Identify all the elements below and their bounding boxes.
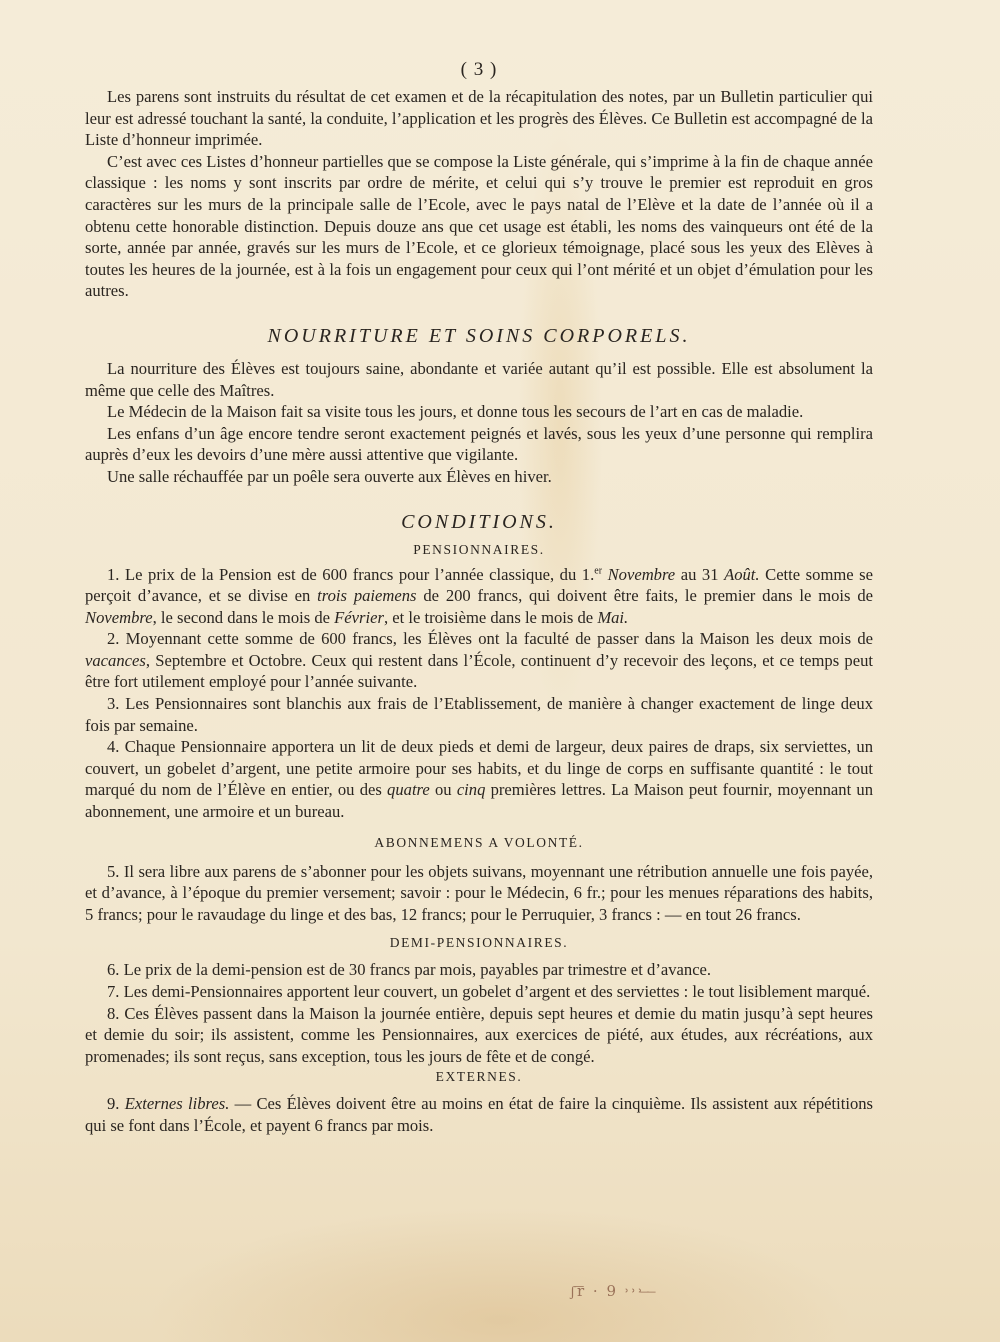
section-title-nourriture: NOURRITURE ET SOINS CORPORELS. [85,324,873,348]
subheading-pensionnaires: PENSIONNAIRES. [85,540,873,560]
subheading-demi-pensionnaires: DEMI-PENSIONNAIRES. [85,933,873,953]
condition-item-8: 8. Ces Élèves passent dans la Maison la … [85,1003,873,1068]
paragraph-salle: Une salle réchauffée par un poêle sera o… [85,466,873,488]
paragraph-medecin: Le Médecin de la Maison fait sa visite t… [85,401,873,423]
paragraph-nourriture: La nourriture des Élèves est toujours sa… [85,358,873,401]
paragraph-enfans: Les enfans d’un âge encore tendre seront… [85,423,873,466]
condition-item-6: 6. Le prix de la demi-pension est de 30 … [85,959,873,981]
condition-item-3: 3. Les Pensionnaires sont blanchis aux f… [85,693,873,736]
condition-item-4: 4. Chaque Pensionnaire apportera un lit … [85,736,873,822]
section-title-conditions: CONDITIONS. [85,510,873,534]
condition-item-5: 5. Il sera libre aux parens de s’abonner… [85,861,873,926]
condition-item-9: 9. Externes libres. — Ces Élèves doivent… [85,1093,873,1136]
condition-item-2: 2. Moyennant cette somme de 600 francs, … [85,628,873,693]
intro-paragraph-liste-generale: C’est avec ces Listes d’honneur partiell… [85,151,873,302]
handwritten-marks: ʃ͞r · 9 ˒˒˒ ̶ ̶ [570,1282,790,1342]
subheading-abonnemens: ABONNEMENS A VOLONTÉ. [85,833,873,853]
document-page: ( 3 ) Les parens sont instruits du résul… [85,58,873,1137]
page-number: ( 3 ) [85,58,873,82]
condition-item-1: 1. Le prix de la Pension est de 600 fran… [85,564,873,629]
intro-paragraph-bulletin: Les parens sont instruits du résultat de… [85,86,873,151]
condition-item-7: 7. Les demi-Pensionnaires apportent leur… [85,981,873,1003]
subheading-externes: EXTERNES. [85,1067,873,1087]
